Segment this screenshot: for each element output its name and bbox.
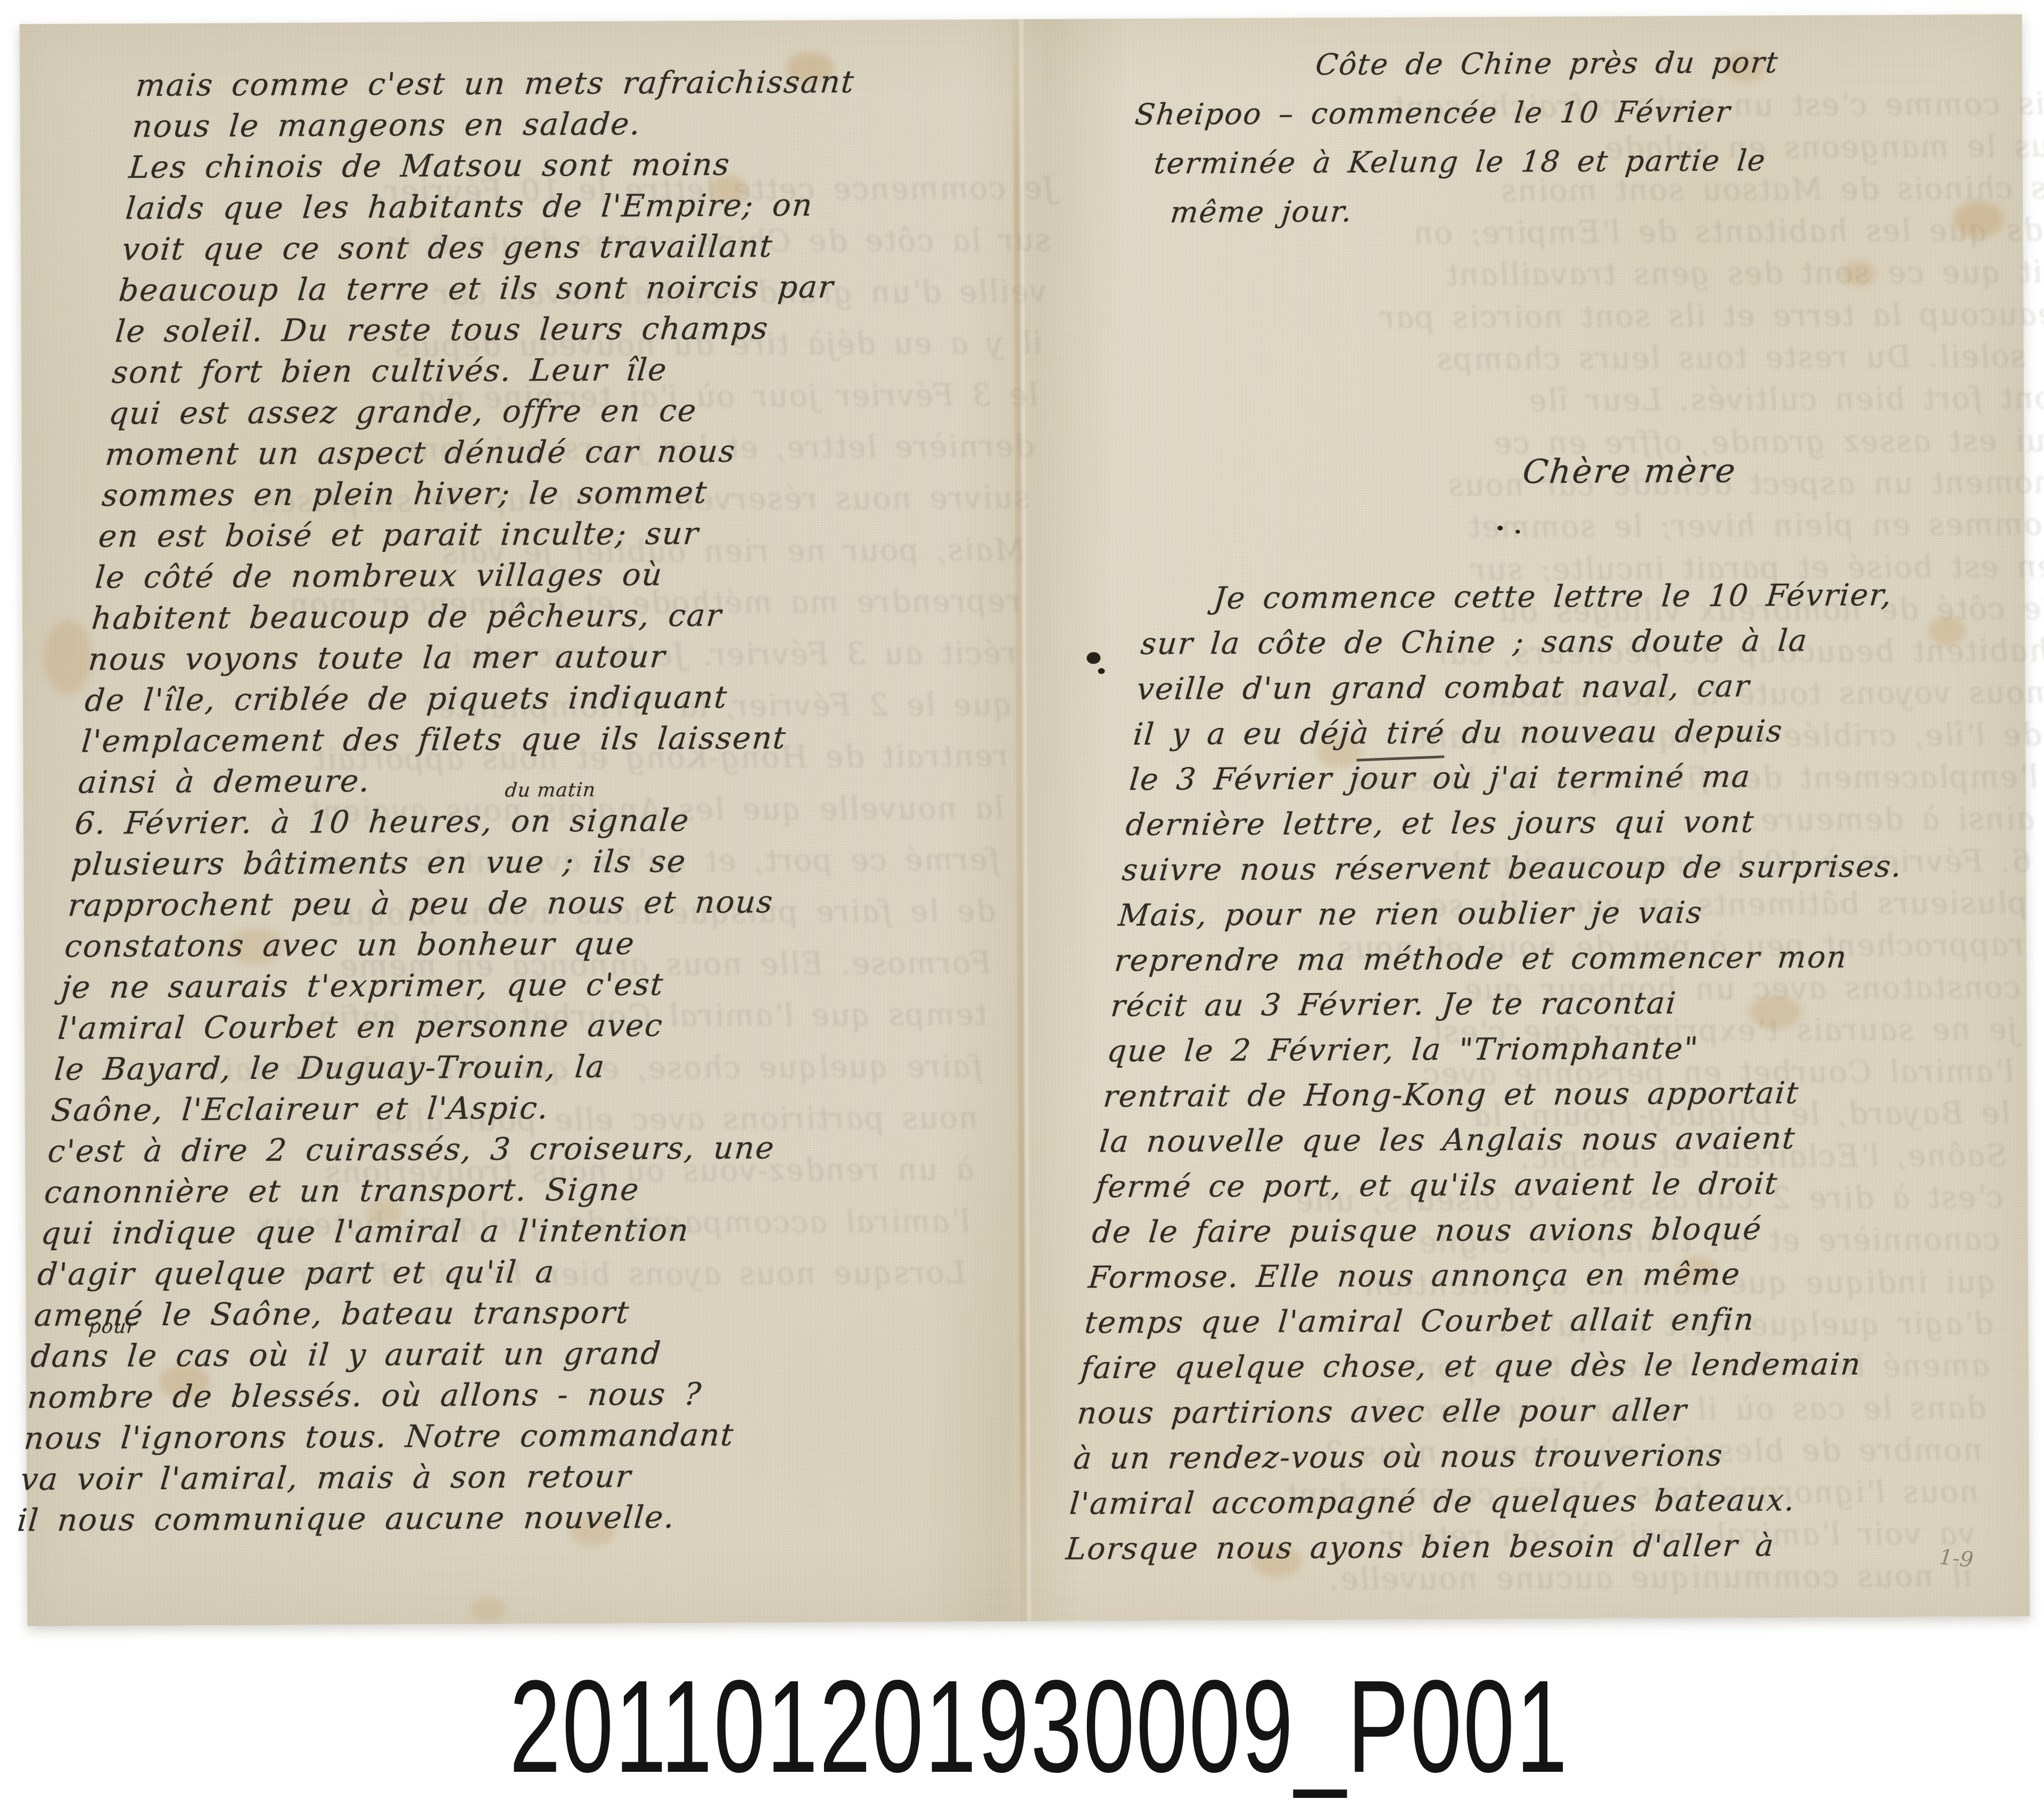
handwriting-line: Sheipoo – commencée le 10 Février — [1133, 86, 2010, 139]
handwriting-line: d'agir quelque part et qu'il a — [36, 1249, 978, 1295]
handwriting-line: beaucoup la terre et ils sont noircis pa… — [117, 266, 1060, 311]
handwriting-line: la nouvelle que les Anglais nous avaient — [1098, 1115, 2033, 1165]
handwriting-line: rapprochent peu à peu de nous et nous — [67, 880, 1009, 926]
interline-note-du-matin: du matin — [504, 779, 597, 802]
handwriting-line: Mais, pour ne rien oublier je vais — [1116, 889, 2044, 939]
handwriting-line: nous l'ignorons tous. Notre commandant — [22, 1414, 965, 1459]
ink-blot — [1086, 652, 1100, 664]
handwriting-line: habitent beaucoup de pêcheurs, car — [90, 593, 1033, 639]
handwriting-line: de le faire puisque nous avions bloqué — [1090, 1206, 2025, 1256]
handwriting-line: reprendre ma méthode et commencer mon — [1112, 934, 2044, 984]
handwriting-line: va voir l'amiral, mais à son retour — [19, 1455, 962, 1500]
scan-background: Je commence cette lettre le 10 Février,s… — [0, 0, 2044, 1808]
foxing-spot — [1841, 260, 1876, 286]
handwriting-line: même jour. — [1123, 184, 2000, 237]
foxing-spot — [469, 1597, 506, 1621]
handwriting-line: le Bayard, le Duguay-Trouin, la — [53, 1044, 995, 1090]
inserted-word-pour: pour — [88, 1316, 137, 1338]
handwriting-line: nous le mangeons en salade. — [131, 102, 1074, 147]
ink-blot — [1497, 526, 1503, 531]
handwriting-line: sur la côte de Chine ; sans doute à la — [1139, 617, 2044, 667]
handwriting-line: nous partirions avec elle pour aller — [1075, 1386, 2010, 1437]
handwriting-line: Les chinois de Matsou sont moins — [127, 143, 1070, 188]
handwriting-line: plusieurs bâtiments en vue ; ils se — [70, 839, 1012, 885]
handwriting-line: beaucoup la terre et ils sont noircis pa… — [1122, 293, 2044, 340]
handwriting-line: 6. Février. à 10 heures, on signale — [73, 798, 1016, 844]
handwriting-line: veille d'un grand combat naval, car — [1135, 662, 2044, 712]
handwriting-line: que le 2 Février, la "Triomphante" — [1105, 1025, 2040, 1075]
right-page-text: Je commence cette lettre le 10 Février,s… — [1064, 572, 2044, 1572]
ink-blot — [1098, 668, 1105, 674]
handwriting-line: de l'île, criblée de piquets indiquant — [84, 675, 1026, 721]
handwriting-line: Formose. Elle nous annonça en même — [1086, 1251, 2022, 1301]
archive-id-caption: 201101201930009_P001 — [509, 1651, 1569, 1802]
foxing-spot — [44, 620, 92, 695]
handwriting-line: amené le Saône, bateau transport — [32, 1290, 975, 1336]
handwriting-line: rentrait de Hong-Kong et nous apportait — [1101, 1070, 2037, 1120]
handwriting-line: le 3 Février jour où j'ai terminé ma — [1127, 753, 2044, 803]
handwriting-line: sont fort bien cultivés. Leur île — [110, 348, 1053, 393]
handwriting-line: temps que l'amiral Courbet allait enfin — [1083, 1296, 2018, 1346]
handwriting-line: qui est assez grande, offre en ce — [107, 389, 1050, 434]
folio-pencil-note: 1-9 — [1938, 1545, 1975, 1572]
handwriting-line: mais comme c'est un mets rafraichissant — [134, 61, 1077, 106]
handwriting-line: fermé ce port, et qu'ils avaient le droi… — [1094, 1160, 2029, 1210]
handwriting-line: je ne saurais t'exprimer, que c'est — [60, 962, 1002, 1008]
ink-blot — [1515, 530, 1520, 533]
handwriting-line: en est boisé et parait inculte; sur — [97, 511, 1040, 557]
handwriting-line: terminée à Kelung le 18 et partie le — [1128, 135, 2006, 188]
handwriting-line: nous voyons toute la mer autour — [87, 634, 1029, 680]
handwriting-line: canonnière et un transport. Signe — [43, 1167, 985, 1213]
handwriting-line: Côte de Chine près du port — [1138, 37, 2015, 90]
handwriting-line: le soleil. Du reste tous leurs champs — [114, 307, 1057, 352]
handwriting-line: Lorsque nous ayons bien besoin d'aller à — [1064, 1522, 1999, 1572]
handwriting-line: sommes en plein hiver; le sommet — [1105, 503, 2044, 550]
handwriting-line: moment un aspect dénudé car nous — [104, 430, 1046, 475]
handwriting-line: l'emplacement des filets que ils laissen… — [80, 716, 1023, 762]
handwriting-line: voit que ce sont des gens travaillant — [1125, 251, 2044, 298]
handwriting-line: suivre nous réservent beaucoup de surpri… — [1120, 844, 2044, 894]
handwriting-line: sommes en plein hiver; le sommet — [100, 470, 1043, 516]
salutation: Chère mère — [1521, 451, 1738, 491]
handwriting-line: à un rendez-vous où nous trouverions — [1072, 1432, 2007, 1482]
handwriting-line: nombre de blessés. où allons - nous ? — [26, 1373, 968, 1418]
handwriting-line: il nous communique aucune nouvelle. — [15, 1496, 958, 1541]
handwriting-line: qui indique que l'amiral a l'intention — [39, 1208, 982, 1254]
handwriting-line: Je commence cette lettre le 10 Février, — [1143, 572, 2044, 622]
handwriting-line: c'est à dire 2 cuirassés, 3 croiseurs, u… — [46, 1126, 989, 1172]
handwriting-line: récit au 3 Février. Je te racontai — [1109, 979, 2044, 1029]
handwriting-line: constatons avec un bonheur que — [63, 921, 1005, 967]
letter-heading: Côte de Chine près du portSheipoo – comm… — [1123, 37, 2015, 237]
handwriting-line: Saône, l'Eclaireur et l'Aspic. — [50, 1085, 992, 1131]
handwriting-line: l'amiral accompagné de quelques bateaux. — [1068, 1477, 2003, 1527]
handwriting-line: dans le cas où il y aurait un grand — [29, 1331, 972, 1377]
handwriting-line: le soleil. Du reste tous leurs champs — [1118, 335, 2044, 382]
handwriting-line: faire quelque chose, et que dès le lende… — [1079, 1341, 2014, 1391]
handwriting-line: le côté de nombreux villages où — [94, 552, 1036, 598]
handwriting-line: laids que les habitants de l'Empire; on — [124, 184, 1067, 229]
handwriting-line: sont fort bien cultivés. Leur île — [1115, 377, 2044, 424]
handwriting-line: il y a eu déjà tiré du nouveau depuis — [1131, 707, 2044, 757]
letter-sheet: Je commence cette lettre le 10 Février,s… — [20, 14, 2030, 1626]
handwriting-line: dernière lettre, et les jours qui vont — [1124, 798, 2044, 848]
handwriting-line: l'amiral Courbet en personne avec — [56, 1003, 999, 1049]
handwriting-line: voit que ce sont des gens travaillant — [121, 225, 1064, 270]
